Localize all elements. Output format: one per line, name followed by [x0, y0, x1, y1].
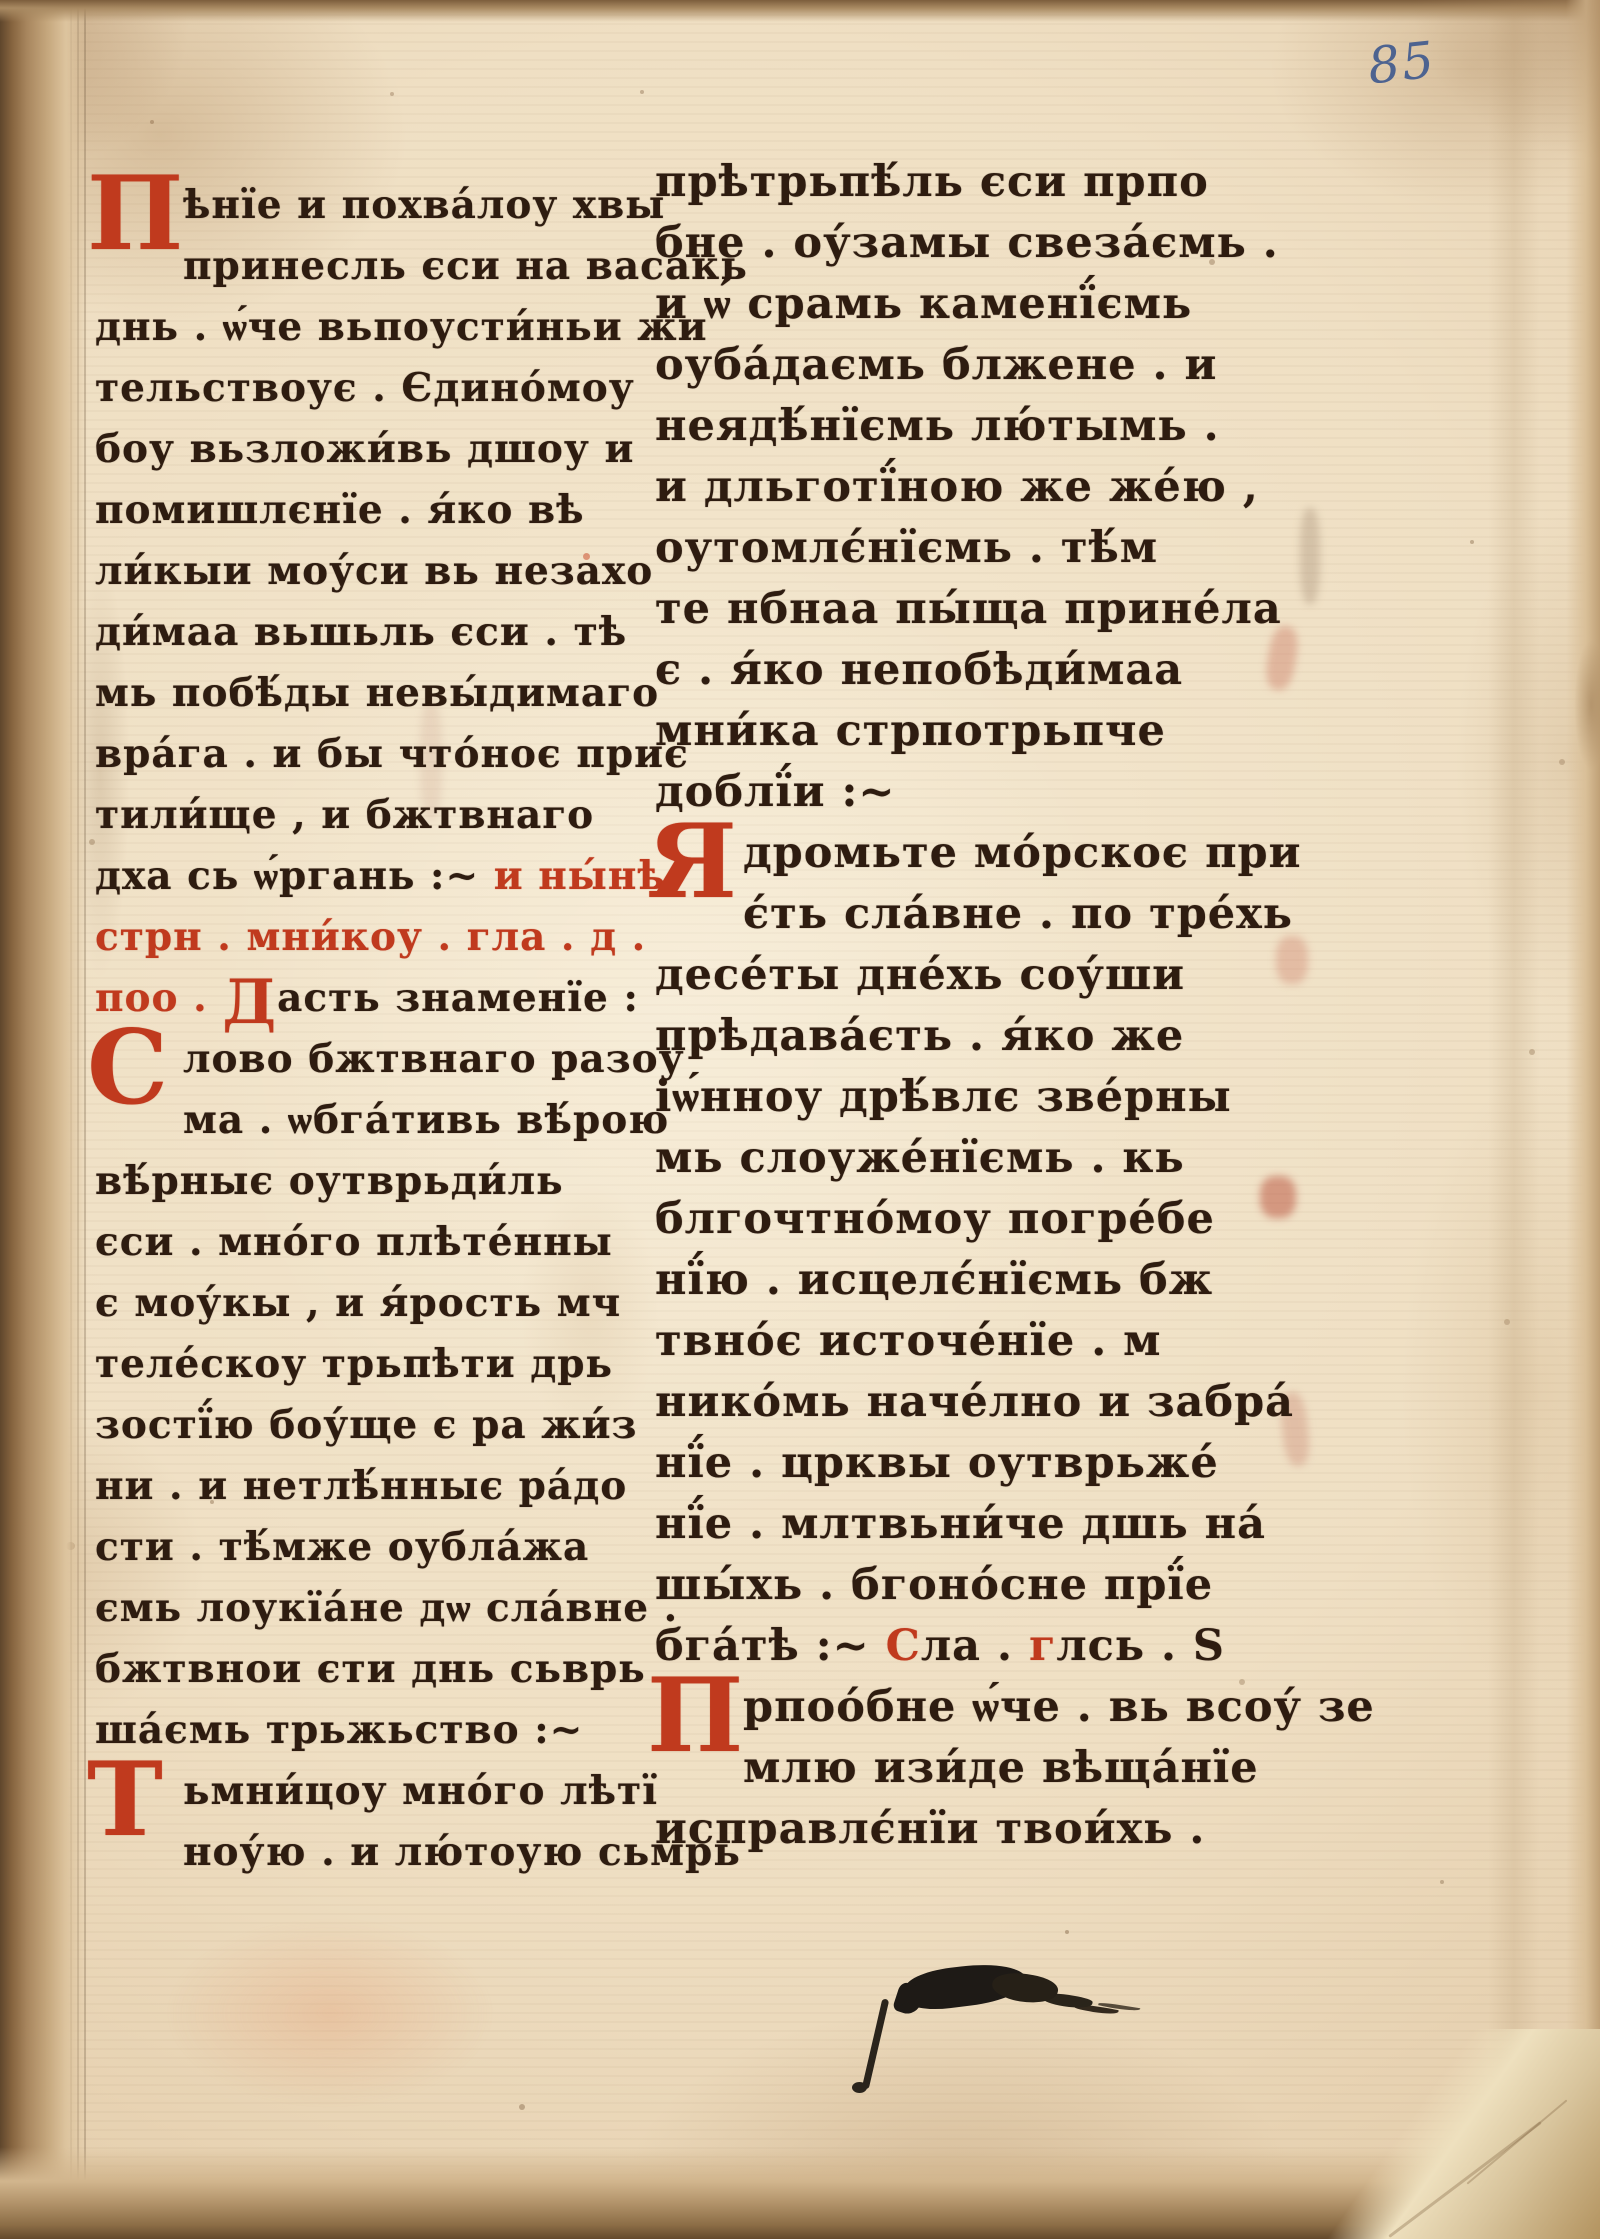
- text-line: днь . ѡ́че вьпоусти́ньи жи: [95, 297, 640, 358]
- text-line: зостї́ю боу́ще є ра жи́з: [95, 1395, 640, 1456]
- page-stack-edge-left: [0, 0, 88, 2239]
- text-run: неядѣ́нїємь лю́тымь .: [655, 401, 1220, 451]
- text-line: є моу́кы , и я́рость мч: [95, 1273, 640, 1334]
- text-run: днь . ѡ́че вьпоусти́ньи жи: [95, 304, 708, 350]
- stain-red-wash-bottom: [165, 1918, 495, 2108]
- text-run: ѣнїе и похва́лоу хвы: [183, 182, 665, 228]
- text-column-right: прѣтрьпѣ́ль єси прпобне . оу́замы свеза́…: [655, 152, 1220, 1860]
- page-edge-right: [1566, 0, 1600, 2239]
- bleed-through-mark: [1263, 624, 1301, 692]
- fold-crease: [1467, 2099, 1568, 2184]
- text-line: исправлє́нїи твои́хь .: [655, 1799, 1220, 1860]
- text-line: ша́ємь трьжьство :~: [95, 1700, 640, 1761]
- drop-cap-initial: С: [87, 1017, 168, 1119]
- text-line: и ѡ́ срамь каменї́ємь: [655, 274, 1220, 335]
- text-line: сти . тѣ́мже оубла́жа: [95, 1517, 640, 1578]
- text-run: и дльготї́ною же же́ю ,: [655, 462, 1259, 512]
- text-run: исправлє́нїи твои́хь .: [655, 1804, 1205, 1854]
- text-line: вѣ́рныє оутврьди́ль: [95, 1151, 640, 1212]
- text-line: десе́ты дне́хь соу́ши: [655, 945, 1220, 1006]
- text-run: мь слоуже́нїємь . кь: [655, 1133, 1185, 1183]
- text-line: тили́ще , и бжтвнаго: [95, 785, 640, 846]
- text-run: оутомлє́нїємь . тѣ́м: [655, 523, 1158, 573]
- text-run: и ѡ́ срамь каменї́ємь: [655, 279, 1192, 329]
- text-line: дромьте мо́рскоє при: [655, 823, 1220, 884]
- text-run: бне . оу́замы свеза́ємь .: [655, 218, 1279, 268]
- text-run: ємь лоукїа́не дѡ сла́вне .: [95, 1585, 678, 1631]
- text-line: боу вьзложи́вь дшоу и: [95, 419, 640, 480]
- text-run: ма . ѡбга́тивь вѣ́рою: [183, 1097, 669, 1143]
- text-run: вѣ́рныє оутврьди́ль: [95, 1158, 564, 1204]
- text-run: твно́є источе́нїе . м: [655, 1316, 1162, 1366]
- text-run: нї́е . млтвьни́че дшь на́: [655, 1499, 1266, 1549]
- text-run: нї́ю . исцелє́нїємь бж: [655, 1255, 1213, 1305]
- text-line: ьмни́цоу мно́го лѣтї: [95, 1761, 640, 1822]
- text-run: дромьте мо́рскоє при: [743, 828, 1302, 878]
- page-edge-top: [0, 0, 1600, 22]
- manuscript-photo: 85 ѣнїе и похва́лоу хвыпринесль єси на в…: [0, 0, 1600, 2239]
- text-line: іѡ́нноу дрѣ́влє зве́рны: [655, 1067, 1220, 1128]
- text-run: прѣдава́єть . я́ко же: [655, 1011, 1184, 1061]
- text-run: рпоо́бне ѡ́че . вь всоу́ зе: [743, 1682, 1375, 1732]
- text-run: блгочтно́моу погре́бе: [655, 1194, 1215, 1244]
- text-line: твно́є источе́нїе . м: [655, 1311, 1220, 1372]
- age-speckles: [150, 120, 154, 124]
- text-line: нї́е . млтвьни́че дшь на́: [655, 1494, 1220, 1555]
- corner-shading-top-right: [1410, 0, 1600, 160]
- text-run: ди́маа вьшьль єси . тѣ: [95, 609, 627, 655]
- text-line: поо . Дасть знаменїе :: [95, 968, 640, 1029]
- text-line: теле́скоу трьпѣти дрь: [95, 1334, 640, 1395]
- text-line: ноу́ю . и лю́тоую сьмрь: [95, 1822, 640, 1883]
- text-line: ємь лоукїа́не дѡ сла́вне .: [95, 1578, 640, 1639]
- text-line: нї́е . црквы оутврьже́: [655, 1433, 1220, 1494]
- text-run: десе́ты дне́хь соу́ши: [655, 950, 1185, 1000]
- text-run: теле́скоу трьпѣти дрь: [95, 1341, 613, 1387]
- rubric-text-run: г: [1029, 1621, 1056, 1671]
- text-run: є . я́ко непобѣди́маа: [655, 645, 1183, 695]
- text-run: оуба́даємь блжене . и: [655, 340, 1217, 390]
- text-run: те нбнаа пы́ща прине́ла: [655, 584, 1282, 634]
- text-line: прѣдава́єть . я́ко же: [655, 1006, 1220, 1067]
- text-line: бжтвнои єти днь сьврь: [95, 1639, 640, 1700]
- text-line: є . я́ко непобѣди́маа: [655, 640, 1220, 701]
- text-line: мни́ка стрпотрьпче: [655, 701, 1220, 762]
- text-line: тельствоує . Єдино́моу: [95, 358, 640, 419]
- text-run: помишлєнїе . я́ко вѣ: [95, 487, 585, 533]
- text-line: оутомлє́нїємь . тѣ́м: [655, 518, 1220, 579]
- text-run: ьмни́цоу мно́го лѣтї: [183, 1768, 658, 1814]
- text-line: помишлєнїе . я́ко вѣ: [95, 480, 640, 541]
- text-line: те нбнаа пы́ща прине́ла: [655, 579, 1220, 640]
- text-line: бне . оу́замы свеза́ємь .: [655, 213, 1220, 274]
- text-run: лсь . Ѕ: [1056, 1621, 1225, 1671]
- text-run: прѣтрьпѣ́ль єси прпо: [655, 157, 1209, 207]
- text-line: ди́маа вьшьль єси . тѣ: [95, 602, 640, 663]
- text-run: сти . тѣ́мже оубла́жа: [95, 1524, 589, 1570]
- text-line: є́ть сла́вне . по тре́хь: [655, 884, 1220, 945]
- rubric-text-run: С: [886, 1621, 921, 1671]
- text-run: ша́ємь трьжьство :~: [95, 1707, 583, 1753]
- text-line: вра́га . и бы что́ноє приє: [95, 724, 640, 785]
- drop-cap-initial: Я: [647, 811, 737, 913]
- text-line: ни . и нетлѣ́нныє ра́до: [95, 1456, 640, 1517]
- text-line: оуба́даємь блжене . и: [655, 335, 1220, 396]
- text-run: ли́кыи моу́си вь незахо: [95, 548, 653, 594]
- text-line: нї́ю . исцелє́нїємь бж: [655, 1250, 1220, 1311]
- text-run: бжтвнои єти днь сьврь: [95, 1646, 646, 1692]
- bleed-through-mark: [1300, 508, 1320, 604]
- text-line: мь побѣ́ды невы́димаго: [95, 663, 640, 724]
- page-edge-notch: [1574, 640, 1600, 770]
- text-run: вра́га . и бы что́ноє приє: [95, 731, 689, 777]
- text-run: ни . и нетлѣ́нныє ра́до: [95, 1463, 627, 1509]
- text-run: тельствоує . Єдино́моу: [95, 365, 635, 411]
- text-run: лово бжтвнаго разоу: [183, 1036, 685, 1082]
- page-bend-shadow: [1488, 0, 1540, 2239]
- ink-blot-speckles: [990, 1969, 1060, 2007]
- text-line: дха сь ѡ́ргань :~ и ны́нѣ.: [95, 846, 640, 907]
- text-line: стрн . мни́коу . гла . д .: [95, 907, 640, 968]
- text-line: прѣтрьпѣ́ль єси прпо: [655, 152, 1220, 213]
- text-line: мь слоуже́нїємь . кь: [655, 1128, 1220, 1189]
- text-run: зостї́ю боу́ще є ра жи́з: [95, 1402, 637, 1448]
- drop-cap-initial: П: [87, 163, 183, 265]
- text-line: єси . мно́го плѣте́нны: [95, 1212, 640, 1273]
- rubric-text-run: стрн . мни́коу . гла . д .: [95, 914, 646, 960]
- text-run: є́ть сла́вне . по тре́хь: [743, 889, 1293, 939]
- text-run: мь побѣ́ды невы́димаго: [95, 670, 659, 716]
- text-line: нико́мь наче́лно и забра́: [655, 1372, 1220, 1433]
- text-line: шы́хь . бгоно́сне прї́е: [655, 1555, 1220, 1616]
- text-line: и дльготї́ною же же́ю ,: [655, 457, 1220, 518]
- text-run: дха сь ѡ́ргань :~: [95, 853, 494, 899]
- text-run: нико́мь наче́лно и забра́: [655, 1377, 1294, 1427]
- text-run: боу вьзложи́вь дшоу и: [95, 426, 634, 472]
- corner-curl-bottom-right: [1320, 2029, 1600, 2239]
- text-run: шы́хь . бгоно́сне прї́е: [655, 1560, 1213, 1610]
- text-line: неядѣ́нїємь лю́тымь .: [655, 396, 1220, 457]
- text-run: мни́ка стрпотрьпче: [655, 706, 1166, 756]
- text-run: є моу́кы , и я́рость мч: [95, 1280, 621, 1326]
- text-run: тили́ще , и бжтвнаго: [95, 792, 594, 838]
- ink-drip: [862, 1998, 890, 2089]
- text-run: іѡ́нноу дрѣ́влє зве́рны: [655, 1072, 1232, 1122]
- text-run: ла .: [921, 1621, 1029, 1671]
- text-line: блгочтно́моу погре́бе: [655, 1189, 1220, 1250]
- drop-cap-initial: П: [647, 1665, 743, 1767]
- text-column-left: ѣнїе и похва́лоу хвыпринесль єси на васа…: [95, 175, 640, 1883]
- text-line: доблї́и :~: [655, 762, 1220, 823]
- drop-cap-initial: Т: [87, 1749, 163, 1851]
- rubric-text-run: Д: [222, 967, 277, 1038]
- ink-drip-end: [852, 2082, 867, 2093]
- text-line: ли́кыи моу́си вь незахо: [95, 541, 640, 602]
- text-run: асть знаменїе :: [277, 975, 639, 1021]
- text-line: ма . ѡбга́тивь вѣ́рою: [95, 1090, 640, 1151]
- text-run: нї́е . црквы оутврьже́: [655, 1438, 1219, 1488]
- text-run: єси . мно́го плѣте́нны: [95, 1219, 613, 1265]
- text-run: млю изи́де вѣща́нїе: [743, 1743, 1259, 1793]
- text-line: лово бжтвнаго разоу: [95, 1029, 640, 1090]
- bleed-through-mark: [1260, 1176, 1296, 1218]
